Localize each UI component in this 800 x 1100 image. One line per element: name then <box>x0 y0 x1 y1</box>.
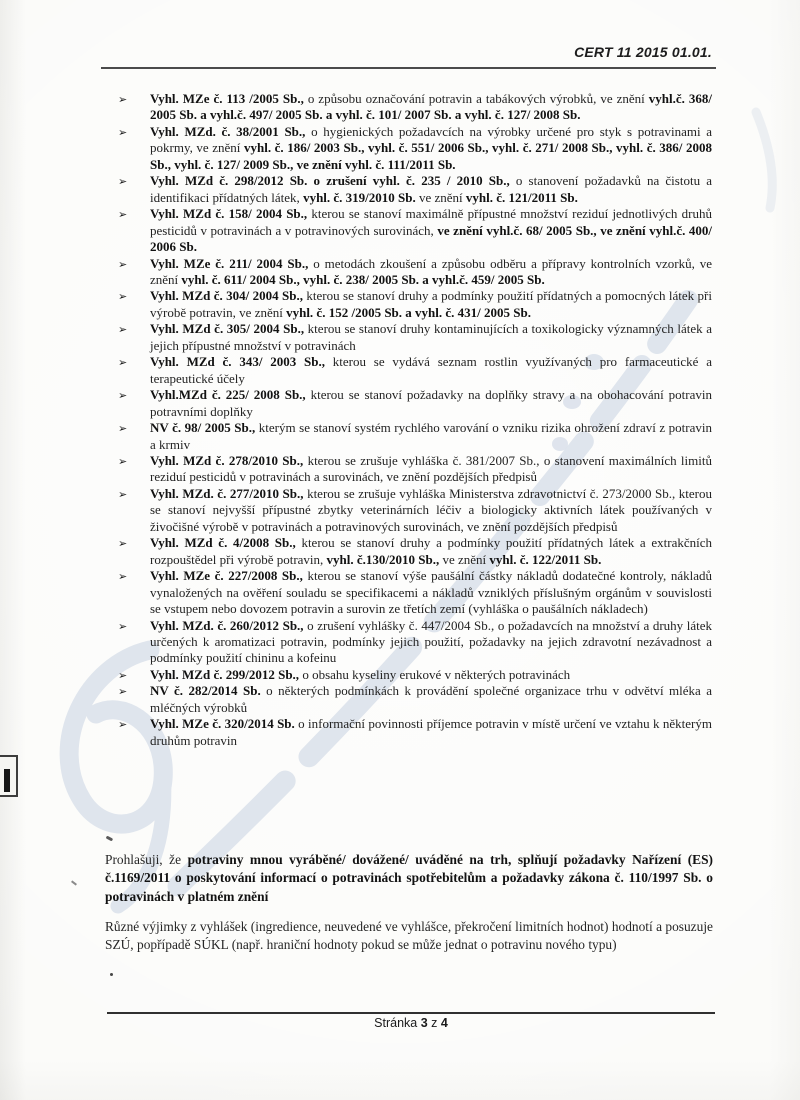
list-item-text: Vyhl. MZd. č. 277/2010 Sb., kterou se zr… <box>150 486 712 534</box>
list-item-text: Vyhl. MZe č. 113 /2005 Sb., o způsobu oz… <box>150 91 712 122</box>
arrow-bullet-icon: ➢ <box>118 207 127 223</box>
arrow-bullet-icon: ➢ <box>118 289 127 305</box>
arrow-bullet-icon: ➢ <box>118 421 127 437</box>
list-item: ➢NV č. 282/2014 Sb. o některých podmínká… <box>104 683 712 716</box>
list-item-text: Vyhl. MZe č. 211/ 2004 Sb., o metodách z… <box>150 256 712 287</box>
list-item: ➢Vyhl. MZd č. 304/ 2004 Sb., kterou se s… <box>104 288 712 321</box>
list-item: ➢Vyhl. MZd č. 4/2008 Sb., kterou se stan… <box>104 535 712 568</box>
list-item-text: Vyhl. MZd č. 299/2012 Sb., o obsahu kyse… <box>150 667 570 682</box>
list-item-text: Vyhl. MZd č. 158/ 2004 Sb., kterou se st… <box>150 206 712 254</box>
scan-edge-artifact <box>0 755 18 797</box>
footer-divider-line <box>107 1012 715 1014</box>
arrow-bullet-icon: ➢ <box>118 257 127 273</box>
declaration-paragraph: Prohlašuji, že potraviny mnou vyráběné/ … <box>105 851 713 906</box>
list-item: ➢Vyhl.MZd č. 225/ 2008 Sb., kterou se st… <box>104 387 712 420</box>
scanned-document-page: CERT 11 2015 01.01. ➢Vyhl. MZe č. 113 /2… <box>0 0 800 1100</box>
list-item: ➢Vyhl. MZd. č. 38/2001 Sb., o hygienický… <box>104 124 712 173</box>
arrow-bullet-icon: ➢ <box>118 668 127 684</box>
list-item-text: Vyhl. MZe č. 227/2008 Sb., kterou se sta… <box>150 568 712 616</box>
arrow-bullet-icon: ➢ <box>118 125 127 141</box>
page-number: Stránka 3 z 4 <box>107 1016 715 1030</box>
arrow-bullet-icon: ➢ <box>118 322 127 338</box>
stray-pen-mark <box>71 880 77 885</box>
arrow-bullet-icon: ➢ <box>118 619 127 635</box>
arrow-bullet-icon: ➢ <box>118 174 127 190</box>
arrow-bullet-icon: ➢ <box>118 355 127 371</box>
list-item-text: Vyhl. MZd. č. 260/2012 Sb., o zrušení vy… <box>150 618 712 666</box>
list-item: ➢Vyhl. MZd č. 305/ 2004 Sb., kterou se s… <box>104 321 712 354</box>
regulation-list: ➢Vyhl. MZe č. 113 /2005 Sb., o způsobu o… <box>104 91 712 749</box>
stray-pen-mark <box>106 836 113 842</box>
arrow-bullet-icon: ➢ <box>118 388 127 404</box>
list-item-text: NV č. 98/ 2005 Sb., kterým se stanoví sy… <box>150 420 712 451</box>
document-content: CERT 11 2015 01.01. ➢Vyhl. MZe č. 113 /2… <box>0 0 800 1100</box>
list-item-text: Vyhl. MZd č. 343/ 2003 Sb., kterou se vy… <box>150 354 712 385</box>
document-header-code: CERT 11 2015 01.01. <box>104 44 712 60</box>
arrow-bullet-icon: ➢ <box>118 684 127 700</box>
list-item-text: Vyhl. MZd č. 278/2010 Sb., kterou se zru… <box>150 453 712 484</box>
arrow-bullet-icon: ➢ <box>118 487 127 503</box>
list-item: ➢Vyhl. MZd č. 298/2012 Sb. o zrušení vyh… <box>104 173 712 206</box>
list-item: ➢Vyhl. MZd. č. 260/2012 Sb., o zrušení v… <box>104 618 712 667</box>
arrow-bullet-icon: ➢ <box>118 569 127 585</box>
list-item: ➢Vyhl. MZd. č. 277/2010 Sb., kterou se z… <box>104 486 712 535</box>
list-item-text: Vyhl. MZd č. 304/ 2004 Sb., kterou se st… <box>150 288 712 319</box>
list-item: ➢Vyhl. MZd č. 343/ 2003 Sb., kterou se v… <box>104 354 712 387</box>
list-item-text: Vyhl. MZd. č. 38/2001 Sb., o hygienickýc… <box>150 124 712 172</box>
list-item: ➢Vyhl. MZe č. 227/2008 Sb., kterou se st… <box>104 568 712 617</box>
list-item-text: Vyhl. MZd č. 4/2008 Sb., kterou se stano… <box>150 535 712 566</box>
list-item: ➢Vyhl. MZd č. 299/2012 Sb., o obsahu kys… <box>104 667 712 683</box>
arrow-bullet-icon: ➢ <box>118 536 127 552</box>
note-paragraph: Různé výjimky z vyhlášek (ingredience, n… <box>105 918 713 955</box>
list-item-text: NV č. 282/2014 Sb. o některých podmínkác… <box>150 683 712 714</box>
list-item-text: Vyhl.MZd č. 225/ 2008 Sb., kterou se sta… <box>150 387 712 418</box>
list-item: ➢Vyhl. MZe č. 113 /2005 Sb., o způsobu o… <box>104 91 712 124</box>
header-divider-line <box>101 67 716 69</box>
list-item-text: Vyhl. MZd č. 298/2012 Sb. o zrušení vyhl… <box>150 173 712 204</box>
arrow-bullet-icon: ➢ <box>118 454 127 470</box>
list-item: ➢Vyhl. MZe č. 211/ 2004 Sb., o metodách … <box>104 256 712 289</box>
arrow-bullet-icon: ➢ <box>118 92 127 108</box>
list-item-text: Vyhl. MZd č. 305/ 2004 Sb., kterou se st… <box>150 321 712 352</box>
list-item-text: Vyhl. MZe č. 320/2014 Sb. o informační p… <box>150 716 712 747</box>
list-item: ➢NV č. 98/ 2005 Sb., kterým se stanoví s… <box>104 420 712 453</box>
stray-dot-mark <box>110 973 113 976</box>
list-item: ➢Vyhl. MZe č. 320/2014 Sb. o informační … <box>104 716 712 749</box>
list-item: ➢Vyhl. MZd č. 158/ 2004 Sb., kterou se s… <box>104 206 712 255</box>
scan-edge-artifact-mark <box>4 769 10 792</box>
list-item: ➢Vyhl. MZd č. 278/2010 Sb., kterou se zr… <box>104 453 712 486</box>
arrow-bullet-icon: ➢ <box>118 717 127 733</box>
